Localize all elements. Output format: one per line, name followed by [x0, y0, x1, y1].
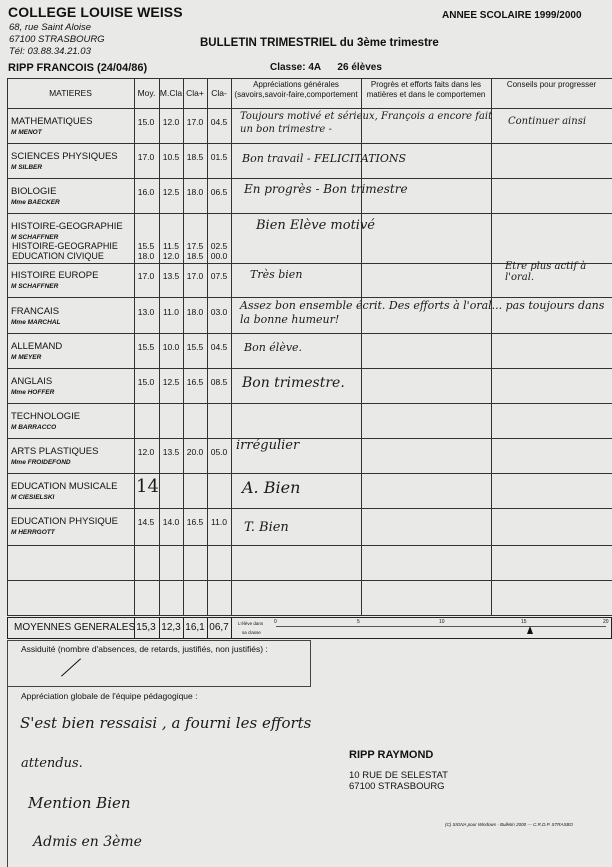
school-year: ANNEE SCOLAIRE 1999/2000	[442, 10, 582, 21]
student-name: RIPP FRANCOIS (24/04/86)	[8, 62, 147, 74]
grade-claplus: 16.5	[183, 517, 207, 527]
appreciation-text: Bon travail - FELICITATIONS	[242, 152, 406, 165]
averages-label: MOYENNES GENERALES	[14, 622, 135, 633]
subject-row: EDUCATION PHYSIQUEM HERRGOTT	[11, 516, 118, 538]
grade-mcla: 10.5	[159, 152, 183, 162]
scale-label: L'élève dans	[238, 621, 263, 626]
appreciation-text: irrégulier	[236, 438, 299, 453]
subject-row: BIOLOGIEMme BAECKER	[11, 186, 60, 208]
grade-clamoins: 00.0	[207, 251, 231, 261]
grade-mcla: 12.0	[159, 251, 183, 261]
school-phone: Tél: 03.88.34.21.03	[9, 46, 91, 57]
grade-clamoins: 06.5	[207, 187, 231, 197]
teacher-name: M MENOT	[11, 127, 92, 138]
teacher-name: M SCHAFFNER	[11, 281, 98, 292]
subject-row: ARTS PLASTIQUESMme FROIDEFOND	[11, 446, 98, 468]
recipient-name: RIPP RAYMOND	[349, 749, 433, 761]
appreciation-text: A. Bien	[242, 478, 300, 497]
grade-mcla: 14.0	[159, 517, 183, 527]
recipient-street: 10 RUE DE SELESTAT	[349, 770, 448, 781]
grade-claplus: 18.5	[183, 251, 207, 261]
school-address-line2: 67100 STRASBOURG	[9, 34, 105, 45]
header-clamoins: Cla-	[207, 88, 231, 98]
grade-clamoins: 02.5	[207, 241, 231, 251]
appreciation-globale-label: Appréciation globale de l'équipe pédagog…	[21, 691, 198, 701]
teacher-name: M BARRACCO	[11, 422, 80, 433]
appreciation-globale-line3: Mention Bien	[28, 794, 131, 812]
grade-mcla: 11.0	[159, 307, 183, 317]
grade-mcla: 12.5	[159, 187, 183, 197]
grade-moy: 13.0	[134, 307, 158, 317]
subsubject-name: HISTOIRE-GEOGRAPHIE	[12, 241, 118, 251]
class-info: Classe: 4A 26 élèves	[270, 62, 382, 73]
teacher-name: M HERRGOTT	[11, 527, 118, 538]
grade-moy: 14	[136, 476, 159, 497]
grade-clamoins: 04.5	[207, 117, 231, 127]
subject-name: ARTS PLASTIQUES	[11, 446, 98, 457]
subject-row: ANGLAISMme HOFFER	[11, 376, 54, 398]
grade-claplus: 18.0	[183, 307, 207, 317]
teacher-name: M SILBER	[11, 162, 118, 173]
subject-row: ALLEMANDM MEYER	[11, 341, 62, 363]
school-name: COLLEGE LOUISE WEISS	[8, 4, 183, 20]
teacher-name: Mme BAECKER	[11, 197, 60, 208]
header-mcla: M.Cla	[159, 88, 183, 98]
teacher-name: M MEYER	[11, 352, 62, 363]
grade-clamoins: 03.0	[207, 307, 231, 317]
appreciation-text: Bon trimestre.	[242, 375, 345, 391]
assiduite-label: Assiduité (nombre d'absences, de retards…	[21, 644, 268, 654]
average-moy: 15,3	[134, 622, 158, 633]
grade-claplus: 17.0	[183, 117, 207, 127]
header-appreciations: Appréciations générales (savoirs,savoir-…	[231, 80, 361, 100]
subject-row: EDUCATION MUSICALEM CIESIELSKI	[11, 481, 117, 503]
grade-moy: 17.0	[134, 152, 158, 162]
subject-name: HISTOIRE EUROPE	[11, 270, 98, 281]
grade-claplus: 17.0	[183, 271, 207, 281]
subject-row: HISTOIRE-GEOGRAPHIEM SCHAFFNER	[11, 221, 123, 243]
header-matieres: MATIERES	[7, 88, 134, 98]
grade-moy: 17.0	[134, 271, 158, 281]
appreciation-text: Bien Elève motivé	[256, 218, 416, 233]
average-mcla: 12,3	[159, 622, 183, 633]
subject-row: SCIENCES PHYSIQUESM SILBER	[11, 151, 118, 173]
grade-clamoins: 05.0	[207, 447, 231, 457]
grade-clamoins: 04.5	[207, 342, 231, 352]
appreciation-globale-line2: attendus.	[21, 756, 83, 771]
grade-moy: 15.5	[134, 342, 158, 352]
average-clamoins: 06,7	[207, 622, 231, 633]
grade-moy: 15.0	[134, 117, 158, 127]
appreciation-globale-line4: Admis en 3ème	[33, 834, 142, 850]
grade-moy: 16.0	[134, 187, 158, 197]
teacher-name: Mme HOFFER	[11, 387, 54, 398]
subject-row: HISTOIRE EUROPEM SCHAFFNER	[11, 270, 98, 292]
teacher-name: Mme MARCHAL	[11, 317, 60, 328]
subsubject-name: EDUCATION CIVIQUE	[12, 251, 104, 261]
grade-claplus: 17.5	[183, 241, 207, 251]
header-claplus: Cla+	[183, 88, 207, 98]
appreciation-text: En progrès - Bon trimestre	[244, 182, 444, 196]
subject-name: MATHEMATIQUES	[11, 116, 92, 127]
subject-name: FRANCAIS	[11, 306, 59, 317]
grade-mcla: 10.0	[159, 342, 183, 352]
grade-mcla: 12.0	[159, 117, 183, 127]
subject-name: TECHNOLOGIE	[11, 411, 80, 422]
average-claplus: 16,1	[183, 622, 207, 633]
grade-mcla: 13.5	[159, 447, 183, 457]
grade-mcla: 13.5	[159, 271, 183, 281]
grade-clamoins: 01.5	[207, 152, 231, 162]
grade-clamoins: 07.5	[207, 271, 231, 281]
grade-mcla: 12.5	[159, 377, 183, 387]
appreciation-text: Bon élève.	[244, 341, 302, 354]
subject-name: ALLEMAND	[11, 341, 62, 352]
header-moy: Moy.	[134, 88, 159, 98]
subject-name: EDUCATION MUSICALE	[11, 481, 117, 492]
grade-moy: 18.0	[134, 251, 158, 261]
subject-name: BIOLOGIE	[11, 186, 56, 197]
grade-moy: 12.0	[134, 447, 158, 457]
appreciation-text: Assez bon ensemble écrit. Des efforts à …	[240, 299, 610, 327]
header-conseils: Conseils pour progresser	[491, 80, 612, 90]
appreciation-globale-line1: S'est bien ressaisi , a fourni les effor…	[20, 714, 311, 732]
grade-clamoins: 11.0	[207, 517, 231, 527]
grade-clamoins: 08.5	[207, 377, 231, 387]
subject-row: MATHEMATIQUESM MENOT	[11, 116, 92, 138]
grade-moy: 14.5	[134, 517, 158, 527]
school-address-line1: 68, rue Saint Aloise	[9, 22, 91, 33]
grade-claplus: 18.0	[183, 187, 207, 197]
scale-label: sa classe	[242, 630, 261, 635]
grade-moy: 15.0	[134, 377, 158, 387]
teacher-name: M CIESIELSKI	[11, 492, 117, 503]
grade-claplus: 18.5	[183, 152, 207, 162]
conseil-text: Etre plus actif à l'oral.	[505, 261, 610, 283]
subject-name: SCIENCES PHYSIQUES	[11, 151, 118, 162]
subject-row: FRANCAISMme MARCHAL	[11, 306, 60, 328]
subject-name: HISTOIRE-GEOGRAPHIE	[11, 221, 123, 232]
bulletin-title: BULLETIN TRIMESTRIEL du 3ème trimestre	[200, 37, 439, 49]
teacher-name: Mme FROIDEFOND	[11, 457, 98, 468]
appreciation-text: Toujours motivé et sérieux, François a e…	[240, 110, 495, 136]
subject-name: EDUCATION PHYSIQUE	[11, 516, 118, 527]
header-progres: Progrès et efforts faits dans les matièr…	[361, 80, 491, 100]
subject-name: ANGLAIS	[11, 376, 52, 387]
grade-moy: 15.5	[134, 241, 158, 251]
copyright-footer: (C) SIGNA pour Windows - Bulletin 2000 -…	[445, 822, 573, 827]
student-position-marker-icon	[527, 626, 533, 634]
grade-mcla: 11.5	[159, 241, 183, 251]
conseil-text: Continuer ainsi	[508, 116, 586, 127]
grade-claplus: 15.5	[183, 342, 207, 352]
appreciation-text: T. Bien	[244, 520, 289, 535]
grade-claplus: 20.0	[183, 447, 207, 457]
appreciation-text: Très bien	[250, 268, 302, 281]
grade-claplus: 16.5	[183, 377, 207, 387]
subject-row: TECHNOLOGIEM BARRACCO	[11, 411, 80, 433]
recipient-city: 67100 STRASBOURG	[349, 781, 445, 792]
